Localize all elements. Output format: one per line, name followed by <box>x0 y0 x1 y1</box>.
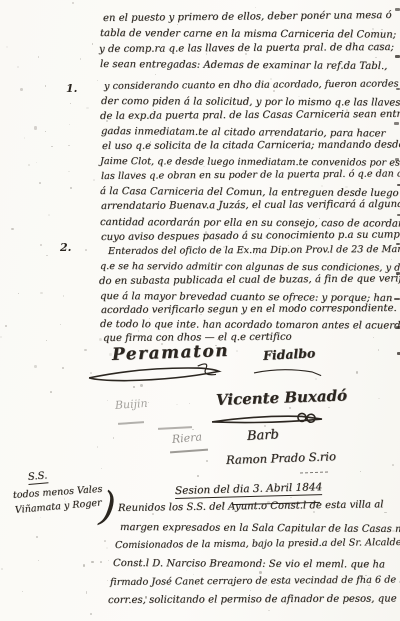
paper-speck <box>392 464 394 466</box>
paper-speck <box>62 367 63 369</box>
paper-speck <box>83 564 85 567</box>
paper-speck <box>106 547 108 549</box>
scan-edge-artifact <box>396 326 400 329</box>
manuscript-line: cuyo aviso despues pasado á su conocimie… <box>101 229 400 244</box>
paper-speck <box>93 179 95 181</box>
paper-speck <box>36 162 37 163</box>
signature-underline-riera <box>170 449 208 453</box>
paper-speck <box>259 571 262 574</box>
signature-riera-faint: Riera <box>171 430 202 446</box>
scan-edge-artifact <box>395 8 400 11</box>
paper-speck <box>11 228 14 230</box>
paper-speck <box>384 512 387 514</box>
manuscript-line: cantidad acordarán por ella en su consej… <box>100 217 400 231</box>
paper-speck <box>69 124 70 125</box>
manuscript-line: le sean entregadas: Ademas de examinar l… <box>100 59 388 73</box>
signature-vicente-buxado: Vicente Buxadó <box>216 386 348 409</box>
paper-speck <box>206 460 209 462</box>
paper-speck <box>100 561 103 563</box>
paper-speck <box>378 349 380 350</box>
manuscript-line: gadas inmediatam.te al citado arrendatar… <box>101 126 385 140</box>
paper-speck <box>40 292 43 294</box>
paper-speck <box>378 398 379 399</box>
paper-speck <box>36 536 38 538</box>
paper-speck <box>51 146 53 147</box>
manuscript-line: de la exp.da puerta pral. de las Casas C… <box>100 109 400 123</box>
paper-speck <box>91 561 94 564</box>
paper-speck <box>45 131 46 132</box>
manuscript-line: q.e se ha servido admitir con algunas de… <box>100 261 400 275</box>
signature-flourish-vicente <box>210 409 328 429</box>
manuscript-line: der como piden á la solicitud, y por lo … <box>101 96 400 110</box>
manuscript-line: tabla de vender carne en la misma Carnic… <box>100 28 396 42</box>
signature-underline-ramon <box>300 471 328 474</box>
paper-speck <box>20 88 23 91</box>
paper-speck <box>250 590 252 591</box>
paper-speck <box>155 74 157 76</box>
paper-speck <box>18 293 19 294</box>
manuscript-line: Enterados del oficio de la Ex.ma Dip.on … <box>108 244 400 258</box>
paper-speck <box>97 80 99 81</box>
scan-edge-artifact <box>394 298 400 300</box>
paper-speck <box>289 407 291 409</box>
paper-speck <box>373 337 374 338</box>
manuscript-line: acordado verificarlo segun y en el modo … <box>101 303 397 317</box>
manuscript-line: do en subasta publicada el cual de buzas… <box>99 273 400 288</box>
manuscript-line: Const.l D. Narciso Breamond: Se vio el m… <box>113 558 385 571</box>
paper-speck <box>101 468 102 469</box>
paper-speck <box>86 107 89 109</box>
scan-edge-artifact <box>396 272 400 275</box>
manuscript-line: el uso q.e solicita de la citada Carnice… <box>102 139 400 153</box>
paper-speck <box>68 171 70 172</box>
paper-speck <box>133 386 135 388</box>
paper-speck <box>104 540 106 542</box>
paper-speck <box>84 349 87 351</box>
paper-speck <box>315 378 317 380</box>
paper-speck <box>5 325 7 327</box>
margin-item-number-1: 1. <box>66 82 77 95</box>
scan-edge-artifact <box>394 122 399 125</box>
paper-speck <box>63 295 64 297</box>
manuscript-line: las llaves q.e obran en su poder de la p… <box>101 168 400 183</box>
manuscript-line: corr.es, solicitando el permiso de afina… <box>108 593 397 607</box>
paper-speck <box>197 475 199 477</box>
manuscript-line: y considerando cuanto en dho dia acordad… <box>104 78 400 93</box>
paper-speck <box>236 350 238 352</box>
paper-speck <box>40 517 41 518</box>
paper-speck <box>70 103 71 104</box>
paper-speck <box>375 57 377 58</box>
paper-speck <box>268 610 270 611</box>
paper-speck <box>92 43 94 45</box>
manuscript-line: de todo lo que inte. han acordado tomaro… <box>100 319 400 333</box>
signature-mark-buijin <box>118 421 144 424</box>
manuscript-line: Comisionados de la misma, bajo la presid… <box>115 537 400 552</box>
margin-note-brace: ) <box>98 486 118 527</box>
paper-speck <box>255 7 256 8</box>
manuscript-line: en el puesto y primero de ellos, deber p… <box>103 10 392 25</box>
paper-speck <box>356 371 359 374</box>
paper-speck <box>40 244 43 246</box>
paper-speck <box>86 591 88 593</box>
paper-speck <box>68 145 70 147</box>
signature-underline-fidalbo <box>252 363 328 380</box>
paper-speck <box>80 58 82 60</box>
scan-edge-artifact <box>395 55 400 58</box>
paper-speck <box>64 498 66 499</box>
paper-speck <box>99 338 102 341</box>
margin-item-number-2: 2. <box>60 241 71 254</box>
signature-flourish-peramaton <box>86 359 225 388</box>
paper-speck <box>290 497 291 498</box>
manuscript-line: Jaime Clot, q.e desde luego inmediatam.t… <box>100 156 400 170</box>
signature-fidalbo: Fidalbo <box>263 345 316 363</box>
paper-speck <box>113 437 114 439</box>
paper-speck <box>38 560 39 561</box>
paper-speck <box>48 214 50 216</box>
paper-speck <box>38 56 40 58</box>
paper-speck <box>90 613 92 615</box>
paper-speck <box>45 85 47 87</box>
signature-barb: Barb <box>247 427 280 444</box>
manuscript-page: en el puesto y primero de ellos, deber p… <box>0 0 400 621</box>
paper-speck <box>50 391 53 393</box>
scan-edge-artifact <box>395 158 399 161</box>
paper-speck <box>97 446 99 448</box>
manuscript-line: Reunidos los S.S. del Ayunt.o Const.l de… <box>118 499 384 515</box>
paper-speck <box>176 404 178 405</box>
paper-speck <box>193 574 194 575</box>
manuscript-line: arrendatario Buenav.a Juzás, el cual las… <box>101 199 400 213</box>
signature-ramon-prado: Ramon Prado S.rio <box>226 449 336 467</box>
paper-speck <box>46 340 47 342</box>
paper-speck <box>85 249 87 251</box>
paper-speck <box>22 591 23 592</box>
manuscript-line: y de comp.ra q.e las llaves de la puerta… <box>99 42 394 56</box>
signature-mark-buijin <box>158 426 192 429</box>
paper-speck <box>46 255 48 257</box>
margin-note-heading: S.S. <box>27 470 48 485</box>
paper-speck <box>17 66 19 68</box>
paper-speck <box>108 560 110 561</box>
manuscript-line: firmado José Canet cerrajero de esta vec… <box>110 574 400 589</box>
manuscript-line: á la Casa Carniceria del Comun, la entre… <box>100 186 400 200</box>
scan-edge-artifact <box>396 88 400 90</box>
manuscript-line: margen expresados en la Sala Capitular d… <box>120 522 400 536</box>
paper-speck <box>189 403 190 404</box>
paper-speck <box>60 324 61 325</box>
paper-speck <box>107 400 108 401</box>
paper-speck <box>34 365 37 368</box>
paper-speck <box>24 137 25 139</box>
paper-speck <box>6 46 9 48</box>
paper-speck <box>391 259 393 260</box>
paper-speck <box>360 471 361 472</box>
paper-speck <box>70 187 72 189</box>
paper-speck <box>328 407 330 409</box>
paper-speck <box>28 164 30 166</box>
paper-speck <box>148 402 149 403</box>
paper-speck <box>72 2 75 4</box>
paper-speck <box>39 182 40 184</box>
paper-speck <box>34 126 36 129</box>
paper-speck <box>107 580 108 581</box>
paper-speck <box>1 568 3 570</box>
session-date-heading: Sesion del dia 3. Abril 1844 <box>175 481 323 499</box>
signature-buijin-faint: Buijin <box>115 397 149 412</box>
paper-speck <box>0 336 2 338</box>
